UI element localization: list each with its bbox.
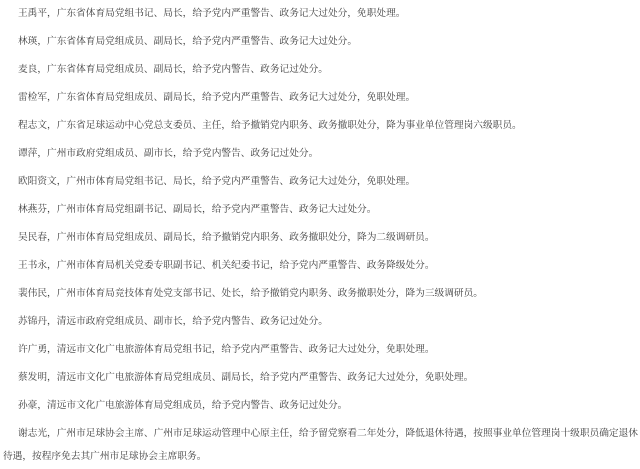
paragraph: 孙豪，清远市文化广电旅游体育局党组成员，给予党内警告、政务记过处分。 — [3, 394, 638, 417]
paragraph: 程志文，广东省足球运动中心党总支委员、主任，给予撤销党内职务、政务撤职处分，降为… — [3, 114, 638, 137]
paragraph: 欧阳资文，广州市体育局党组书记、局长，给予党内严重警告、政务记大过处分，免职处理… — [3, 170, 638, 193]
paragraph: 王禹平，广东省体育局党组书记、局长，给予党内严重警告、政务记大过处分，免职处理。 — [3, 2, 638, 25]
paragraph: 谢志光，广州市足球协会主席、广州市足球运动管理中心原主任，给予留党察看二年处分，… — [3, 422, 638, 468]
paragraph: 谭萍，广州市政府党组成员、副市长，给予党内警告、政务记过处分。 — [3, 142, 638, 165]
paragraph: 林瑛，广东省体育局党组成员、副局长，给予党内严重警告、政务记大过处分。 — [3, 30, 638, 53]
paragraph: 林燕芬，广州市体育局党组副书记、副局长，给予党内严重警告、政务记大过处分。 — [3, 198, 638, 221]
article-body: 王禹平，广东省体育局党组书记、局长，给予党内严重警告、政务记大过处分，免职处理。… — [0, 0, 640, 469]
paragraph: 麦良，广东省体育局党组成员、副局长，给予党内警告、政务记过处分。 — [3, 58, 638, 81]
paragraph: 许广勇，清远市文化广电旅游体育局党组书记，给予党内严重警告、政务记大过处分，免职… — [3, 338, 638, 361]
paragraph: 裴伟民，广州市体育局竞技体育处党支部书记、处长，给予撤销党内职务、政务撤职处分，… — [3, 282, 638, 305]
paragraph: 蔡发明，清远市文化广电旅游体育局党组成员、副局长，给予党内严重警告、政务记大过处… — [3, 366, 638, 389]
paragraph: 吴民春，广州市体育局党组成员、副局长，给予撤销党内职务、政务撤职处分，降为二级调… — [3, 226, 638, 249]
paragraph: 王书永，广州市体育局机关党委专职副书记、机关纪委书记，给予党内严重警告、政务降级… — [3, 254, 638, 277]
paragraph: 苏锦丹，清远市政府党组成员、副市长，给予党内警告、政务记过处分。 — [3, 310, 638, 333]
paragraph: 雷检军，广东省体育局党组成员、副局长，给予党内严重警告、政务记大过处分，免职处理… — [3, 86, 638, 109]
